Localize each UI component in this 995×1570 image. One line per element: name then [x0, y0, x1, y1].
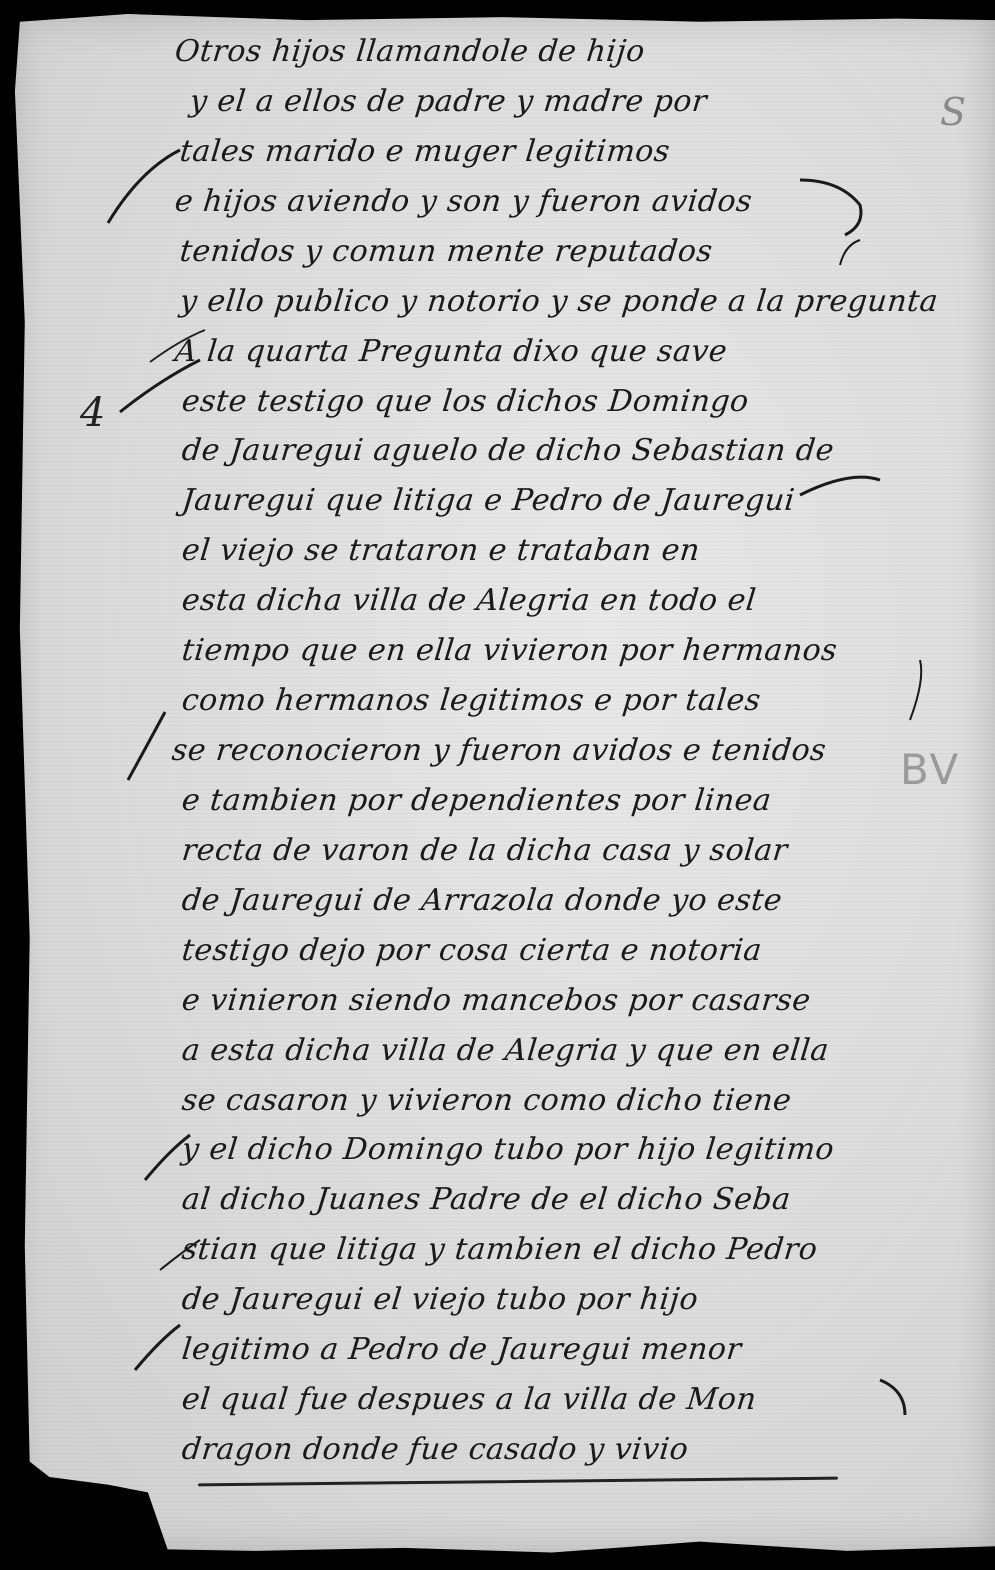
text-line-7: A la quarta Pregunta dixo que save	[173, 334, 729, 369]
text-line-12: esta dicha villa de Alegria en todo el	[180, 583, 758, 618]
margin-question-number: 4	[80, 390, 105, 436]
text-line-25: stian que litiga y tambien el dicho Pedr…	[180, 1232, 819, 1267]
text-line-9: de Jauregui aguelo de dicho Sebastian de	[180, 433, 836, 468]
text-line-29: dragon donde fue casado y vivio	[180, 1432, 690, 1467]
text-line-16: e tambien por dependientes por linea	[180, 783, 773, 818]
text-line-10: Jauregui que litiga e Pedro de Jauregui	[180, 483, 796, 518]
text-line-17: recta de varon de la dicha casa y solar	[180, 833, 789, 868]
text-line-14: como hermanos legitimos e por tales	[180, 683, 763, 718]
text-line-13: tiempo que en ella vivieron por hermanos	[180, 633, 839, 668]
text-line-21: a esta dicha villa de Alegria y que en e…	[180, 1033, 831, 1068]
text-line-23: y el dicho Domingo tubo por hijo legitim…	[180, 1132, 836, 1167]
text-line-26: de Jauregui el viejo tubo por hijo	[180, 1282, 700, 1317]
text-line-20: e vinieron siendo mancebos por casarse	[180, 983, 812, 1018]
text-line-6: y ello publico y notorio y se ponde a la…	[178, 284, 940, 319]
text-line-3: tales marido e muger legitimos	[178, 134, 672, 169]
text-line-27: legitimo a Pedro de Jauregui menor	[180, 1332, 743, 1367]
text-line-5: tenidos y comun mente reputados	[178, 234, 714, 269]
text-line-4: e hijos aviendo y son y fueron avidos	[173, 184, 754, 219]
text-line-24: al dicho Juanes Padre de el dicho Seba	[180, 1182, 792, 1217]
text-line-11: el viejo se trataron e trataban en	[180, 533, 701, 568]
text-line-1: Otros hijos llamandole de hijo	[173, 34, 647, 69]
text-line-18: de Jauregui de Arrazola donde yo este	[180, 883, 784, 918]
archive-stamp: BV	[900, 745, 960, 794]
text-line-19: testigo dejo por cosa cierta e notoria	[180, 933, 764, 968]
text-line-15: se reconocieron y fueron avidos e tenido…	[170, 733, 828, 768]
text-line-2: y el a ellos de padre y madre por	[188, 84, 709, 119]
text-line-8: este testigo que los dichos Domingo	[180, 384, 750, 419]
text-line-28: el qual fue despues a la villa de Mon	[180, 1382, 758, 1417]
text-line-22: se casaron y vivieron como dicho tiene	[180, 1083, 793, 1118]
corner-folio-mark: S	[940, 90, 966, 134]
